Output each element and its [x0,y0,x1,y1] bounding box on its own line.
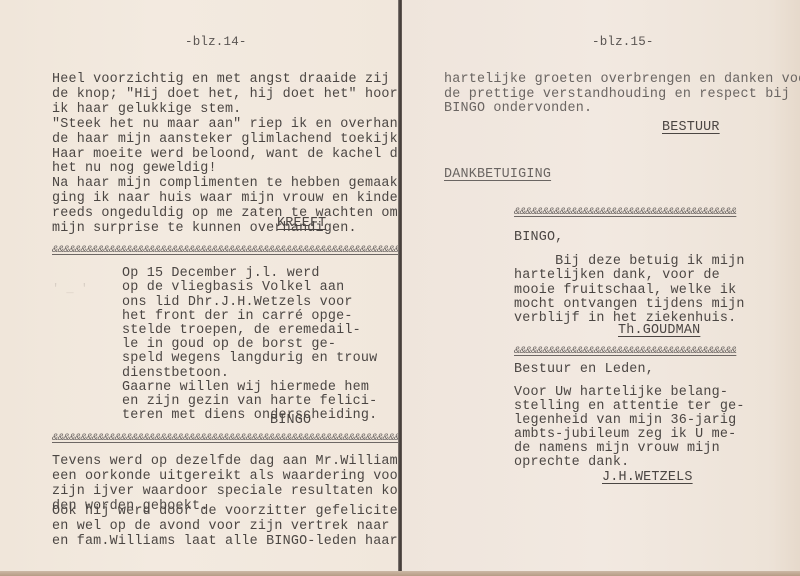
salutation: Bestuur en Leden, [514,362,654,378]
text-line: teren met diens onderscheiding. [122,408,377,424]
salutation: BINGO, [514,230,563,246]
page-number-right: -blz.15- [592,34,654,50]
text-line: en fam.Williams laat alle BINGO-leden ha… [52,534,398,550]
text-line: reeds ongeduldig op me zaten te wachten … [52,206,423,222]
signature-wetzels: J.H.WETZELS [602,470,693,486]
book-spine-fold [398,0,402,576]
signature-bingo: BINGO [270,413,311,429]
left-page: -blz.14- Heel voorzichtig en met angst d… [0,0,399,572]
text-line: zijn ijver waardoor speciale resultaten … [52,484,414,500]
text-line: een oorkonde uitgereikt als waardering v… [52,469,406,485]
separator-line: &&&&&&&&&&&&&&&&&&&&&&&&&&&&&&&&&&&&&&&&… [52,432,434,444]
text-line: ik haar gelukkige stem. [52,102,241,118]
right-page: -blz.15- hartelijke groeten overbrengen … [402,0,800,572]
page-bottom-edge [0,571,800,576]
text-line: "Steek het nu maar aan" riep ik en overh… [52,117,431,133]
signature-goudman: Th.GOUDMAN [618,323,700,339]
signature-bestuur: BESTUUR [662,120,720,136]
text-line: speld wegens langdurig en trouw [122,351,377,367]
text-line: Ook hij werd door de voorzitter gefelici… [52,504,423,520]
separator-line: &&&&&&&&&&&&&&&&&&&&&&&&&&&&&&&&&&&&&&& [514,345,736,357]
text-line: op de vliegbasis Volkel aan [122,280,344,296]
text-line: Tevens werd op dezelfde dag aan Mr.Willi… [52,454,406,470]
text-line: hartelijke groeten overbrengen en danken… [444,72,800,88]
text-line: het nu nog geweldig! [52,161,217,177]
text-line: en wel op de avond voor zijn vertrek naa… [52,519,423,535]
faint-margin-mark: ' _ ' [52,282,88,296]
text-line: de knop; "Hij doet het, hij doet het" ho… [52,87,414,103]
text-line: oprechte dank. [514,455,629,471]
text-line: hartelijken dank, voor de [514,268,720,284]
separator-line: &&&&&&&&&&&&&&&&&&&&&&&&&&&&&&&&&&&&&&&&… [52,244,434,256]
section-heading-dankbetuiging: DANKBETUIGING [444,167,551,183]
text-line: Heel voorzichtig en met angst draaide zi… [52,72,423,88]
text-line: ging ik naar huis waar mijn vrouw en kin… [52,191,423,207]
separator-line: &&&&&&&&&&&&&&&&&&&&&&&&&&&&&&&&&&&&&&& [514,206,736,218]
text-line: BINGO ondervonden. [444,101,592,117]
signature-kreeft: KREEFT [277,216,326,232]
text-line: de haar mijn aansteker glimlachend toeki… [52,132,431,148]
page-number-left: -blz.14- [185,34,247,50]
text-line: Na haar mijn complimenten te hebben gema… [52,176,406,192]
